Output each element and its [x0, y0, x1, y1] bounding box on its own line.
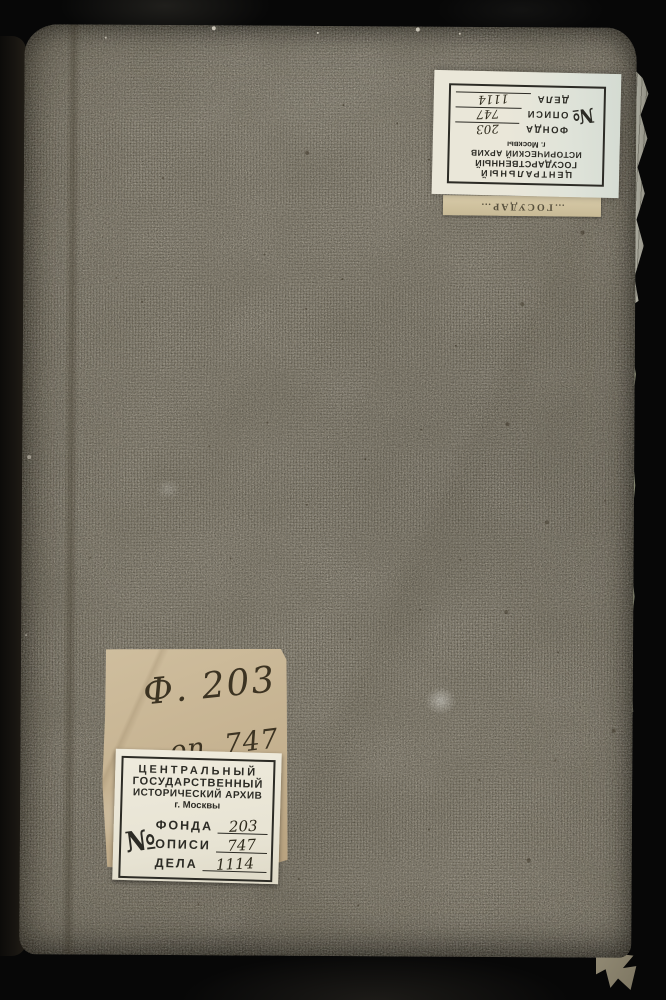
fond-number-handwritten: Ф. 203	[141, 659, 278, 713]
field-row-fonda: ФОНДА 203	[156, 813, 268, 835]
archive-stamp-label-top: ЦЕНТРАЛЬНЫЙ ГОСУДАРСТВЕННЫЙ ИСТОРИЧЕСКИЙ…	[432, 70, 622, 198]
field-value-dela: 1114	[215, 854, 254, 874]
field-label-fonda: ФОНДА	[156, 818, 214, 834]
stamp-fields: № ФОНДА 203 ОПИСИ 747 ДЕЛА 1114	[125, 812, 269, 873]
photo-backdrop: ЦЕНТРАЛЬНЫЙ ГОСУДАРСТВЕННЫЙ ИСТОРИЧЕСКИЙ…	[0, 0, 666, 1000]
field-label-opisi: ОПИСИ	[526, 108, 568, 120]
field-underline: 203	[218, 814, 268, 835]
stamp-field-rows: ФОНДА 203 ОПИСИ 747 ДЕЛА 1114	[154, 813, 268, 873]
field-label-dela: ДЕЛА	[154, 856, 197, 871]
field-row-dela: ДЕЛА 1114	[456, 91, 569, 109]
fabric-specks	[25, 24, 27, 26]
field-row-dela: ДЕЛА 1114	[154, 851, 266, 873]
field-label-opisi: ОПИСИ	[155, 837, 211, 853]
stamp-fields: № ФОНДА 203 ОПИСИ 747 ДЕЛА 1114	[455, 91, 599, 139]
stamp-field-rows: ФОНДА 203 ОПИСИ 747 ДЕЛА 1114	[455, 91, 569, 139]
archive-stamp-label-bottom: ЦЕНТРАЛЬНЫЙ ГОСУДАРСТВЕННЫЙ ИСТОРИЧЕСКИЙ…	[112, 749, 282, 885]
stamp-frame: ЦЕНТРАЛЬНЫЙ ГОСУДАРСТВЕННЫЙ ИСТОРИЧЕСКИЙ…	[118, 756, 275, 882]
older-label-fragment: …ГОСУДАР…	[443, 195, 601, 218]
older-label-strip: …ГОСУДАР…	[443, 195, 601, 217]
spine-fold-crease	[61, 24, 81, 954]
field-underline: 747	[216, 833, 268, 854]
field-label-dela: ДЕЛА	[536, 93, 569, 105]
numero-sign: №	[567, 103, 600, 131]
field-value-fonda: 203	[475, 122, 499, 137]
field-value-fonda: 203	[228, 817, 257, 836]
field-label-fonda: ФОНДА	[525, 123, 569, 135]
stamp-frame: ЦЕНТРАЛЬНЫЙ ГОСУДАРСТВЕННЫЙ ИСТОРИЧЕСКИЙ…	[447, 83, 606, 187]
field-value-dela: 1114	[478, 92, 509, 107]
field-value-opisi: 747	[227, 836, 256, 855]
field-underline: 1114	[203, 851, 267, 873]
field-value-opisi: 747	[476, 107, 500, 122]
numero-sign: №	[123, 823, 157, 860]
